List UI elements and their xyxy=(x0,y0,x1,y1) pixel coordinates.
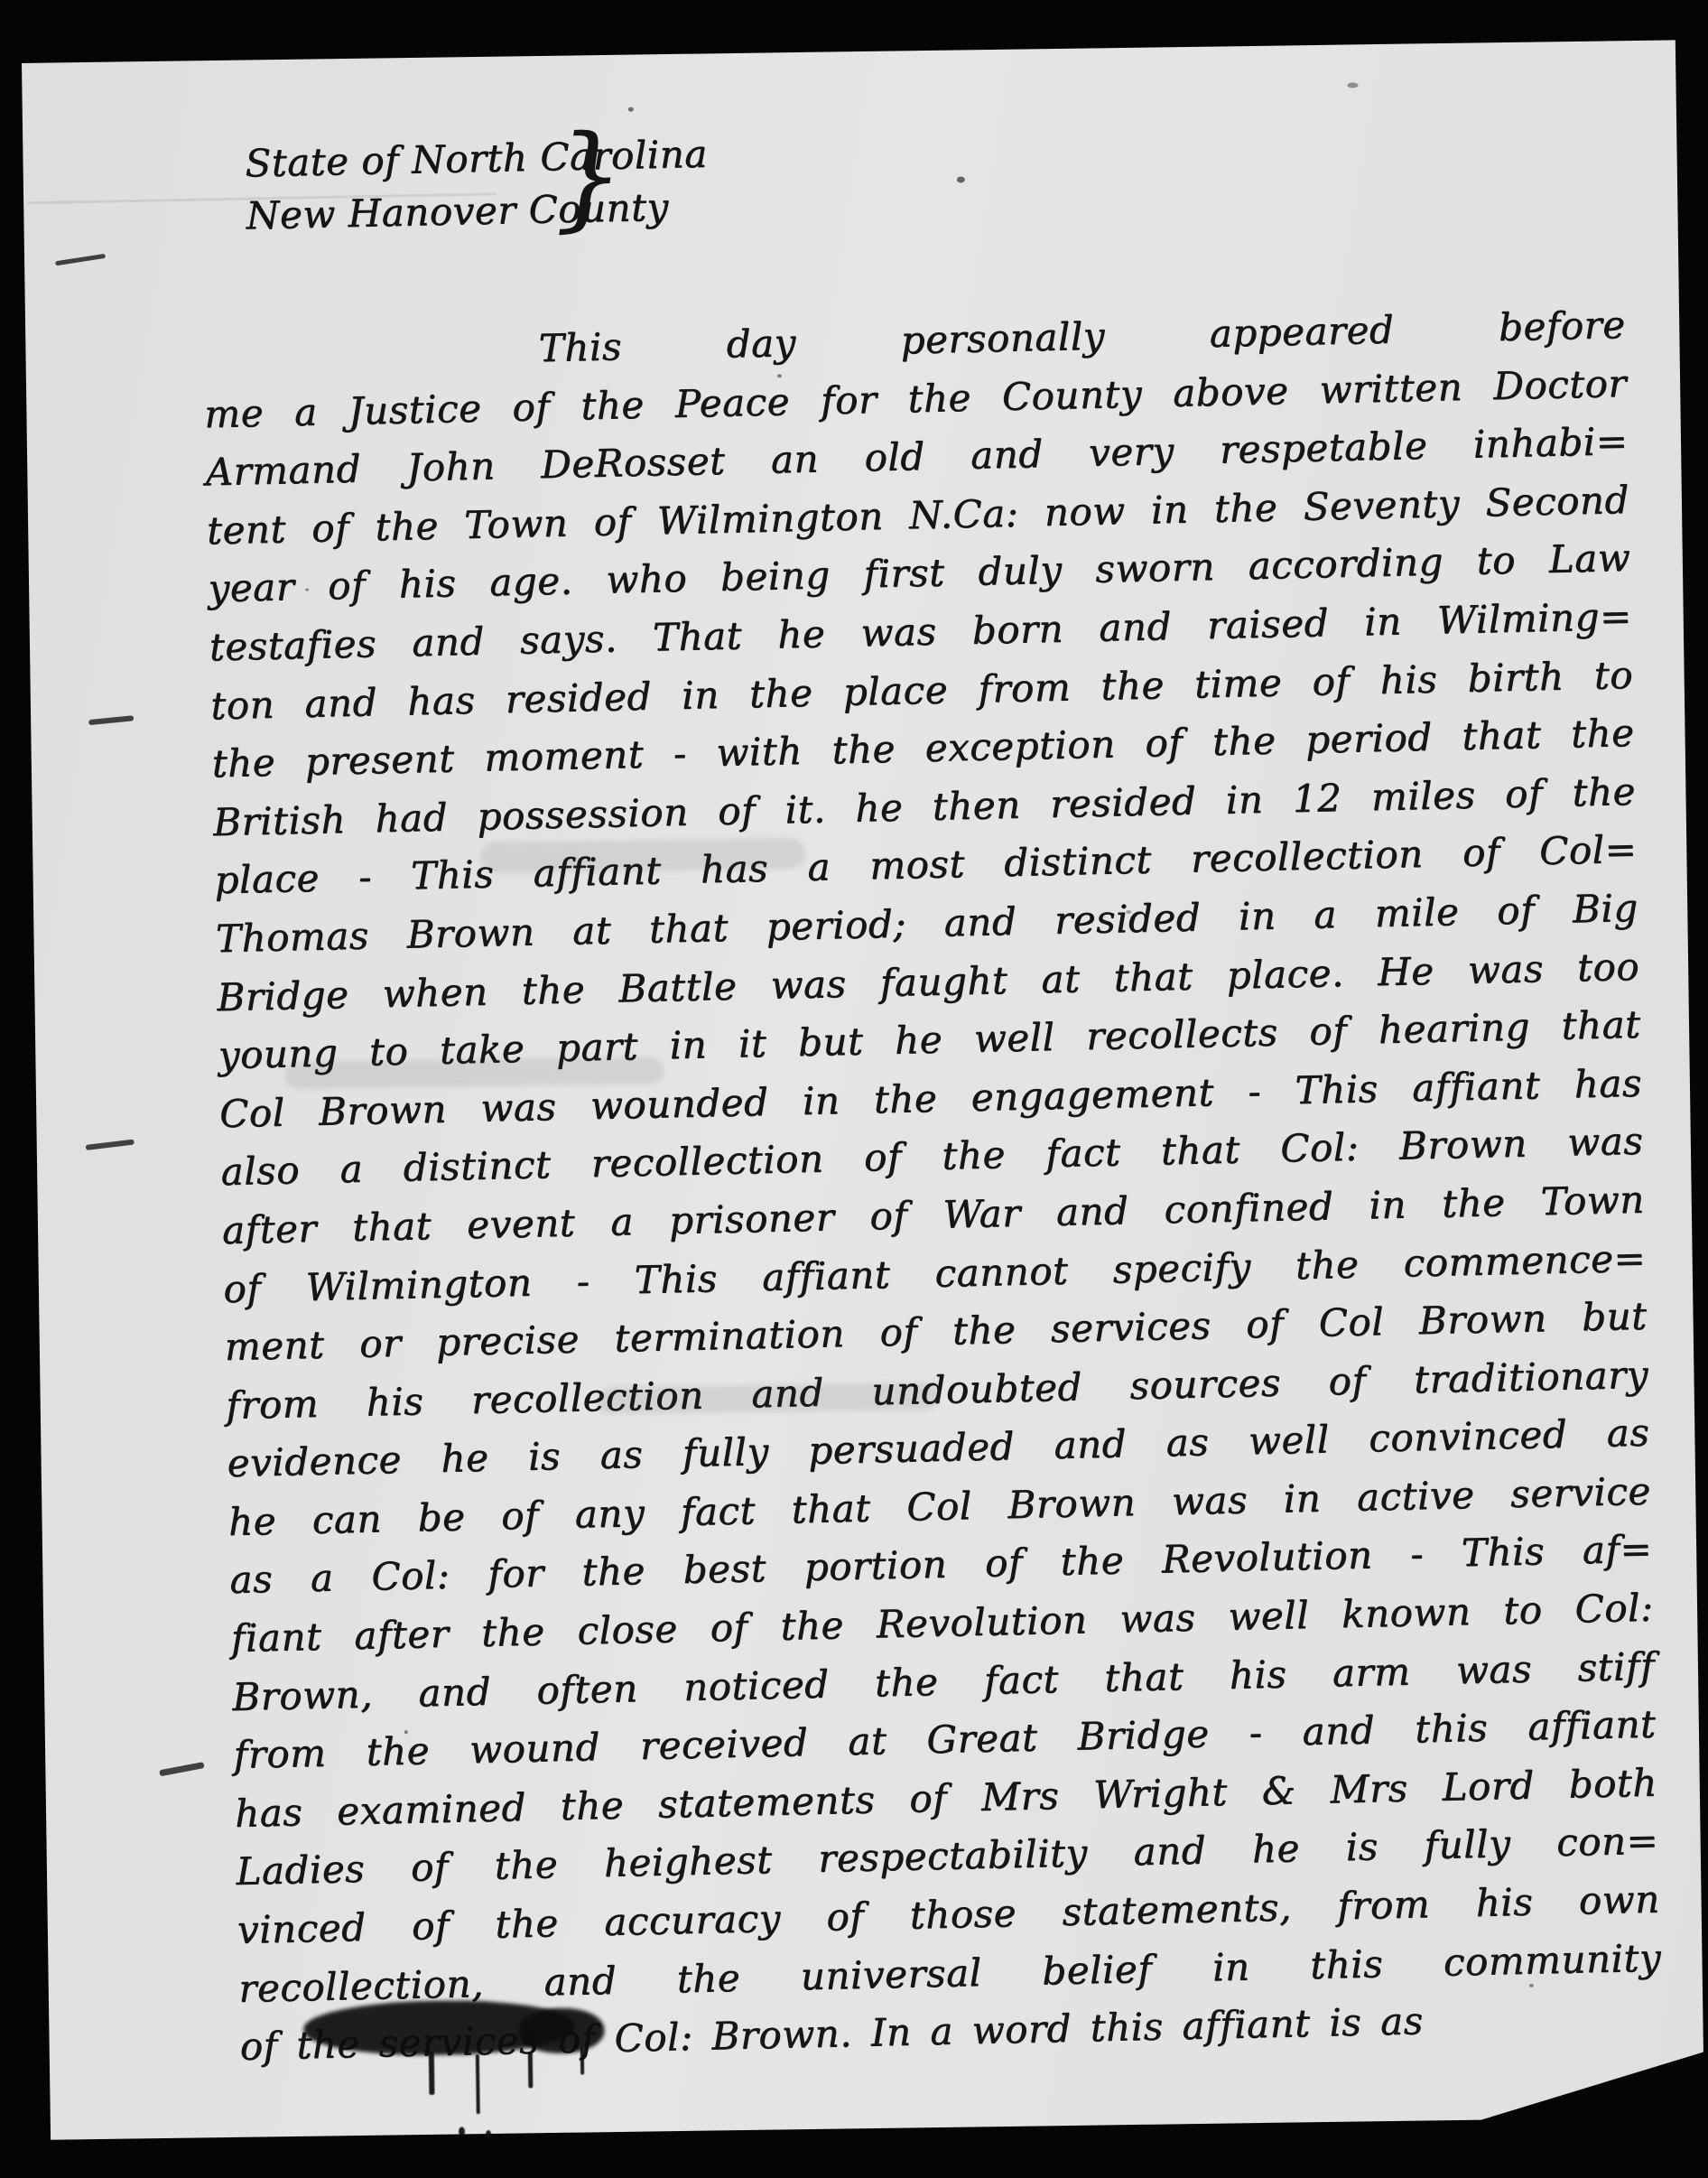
noise-speck xyxy=(305,589,309,591)
ink-drip xyxy=(429,2052,435,2095)
bleedthrough-smudge xyxy=(480,838,805,873)
ink-drip xyxy=(459,2127,465,2136)
ink-blot xyxy=(22,40,1676,63)
noise-speck xyxy=(777,374,782,377)
noise-speck xyxy=(1126,910,1131,914)
ink-drip xyxy=(486,2130,491,2138)
document-header: State of North Carolina New Hanover Coun… xyxy=(245,128,710,243)
noise-speck xyxy=(1529,1984,1534,1987)
ink-drip xyxy=(528,2052,534,2088)
header-brace: } xyxy=(550,116,627,237)
header-county-line: New Hanover County xyxy=(246,181,709,243)
noise-speck xyxy=(628,107,634,112)
affidavit-body: This day personally appeared before me a… xyxy=(202,296,1663,2077)
header-state-line: State of North Carolina xyxy=(245,128,708,191)
noise-speck xyxy=(404,1730,408,1734)
bleedthrough-smudge xyxy=(284,1056,664,1089)
noise-speck xyxy=(1347,82,1358,88)
document-page: State of North Carolina New Hanover Coun… xyxy=(22,40,1704,2139)
scanned-document-image: { "document": { "kind": "scanned handwri… xyxy=(0,0,1708,2178)
margin-mark xyxy=(55,254,106,266)
margin-mark xyxy=(88,715,134,725)
ink-blot-blob xyxy=(518,2007,605,2053)
margin-mark xyxy=(159,1762,204,1776)
margin-mark xyxy=(86,1140,135,1150)
bleedthrough-smudge xyxy=(597,1382,940,1414)
ink-drip xyxy=(580,2048,584,2075)
noise-speck xyxy=(957,176,965,182)
